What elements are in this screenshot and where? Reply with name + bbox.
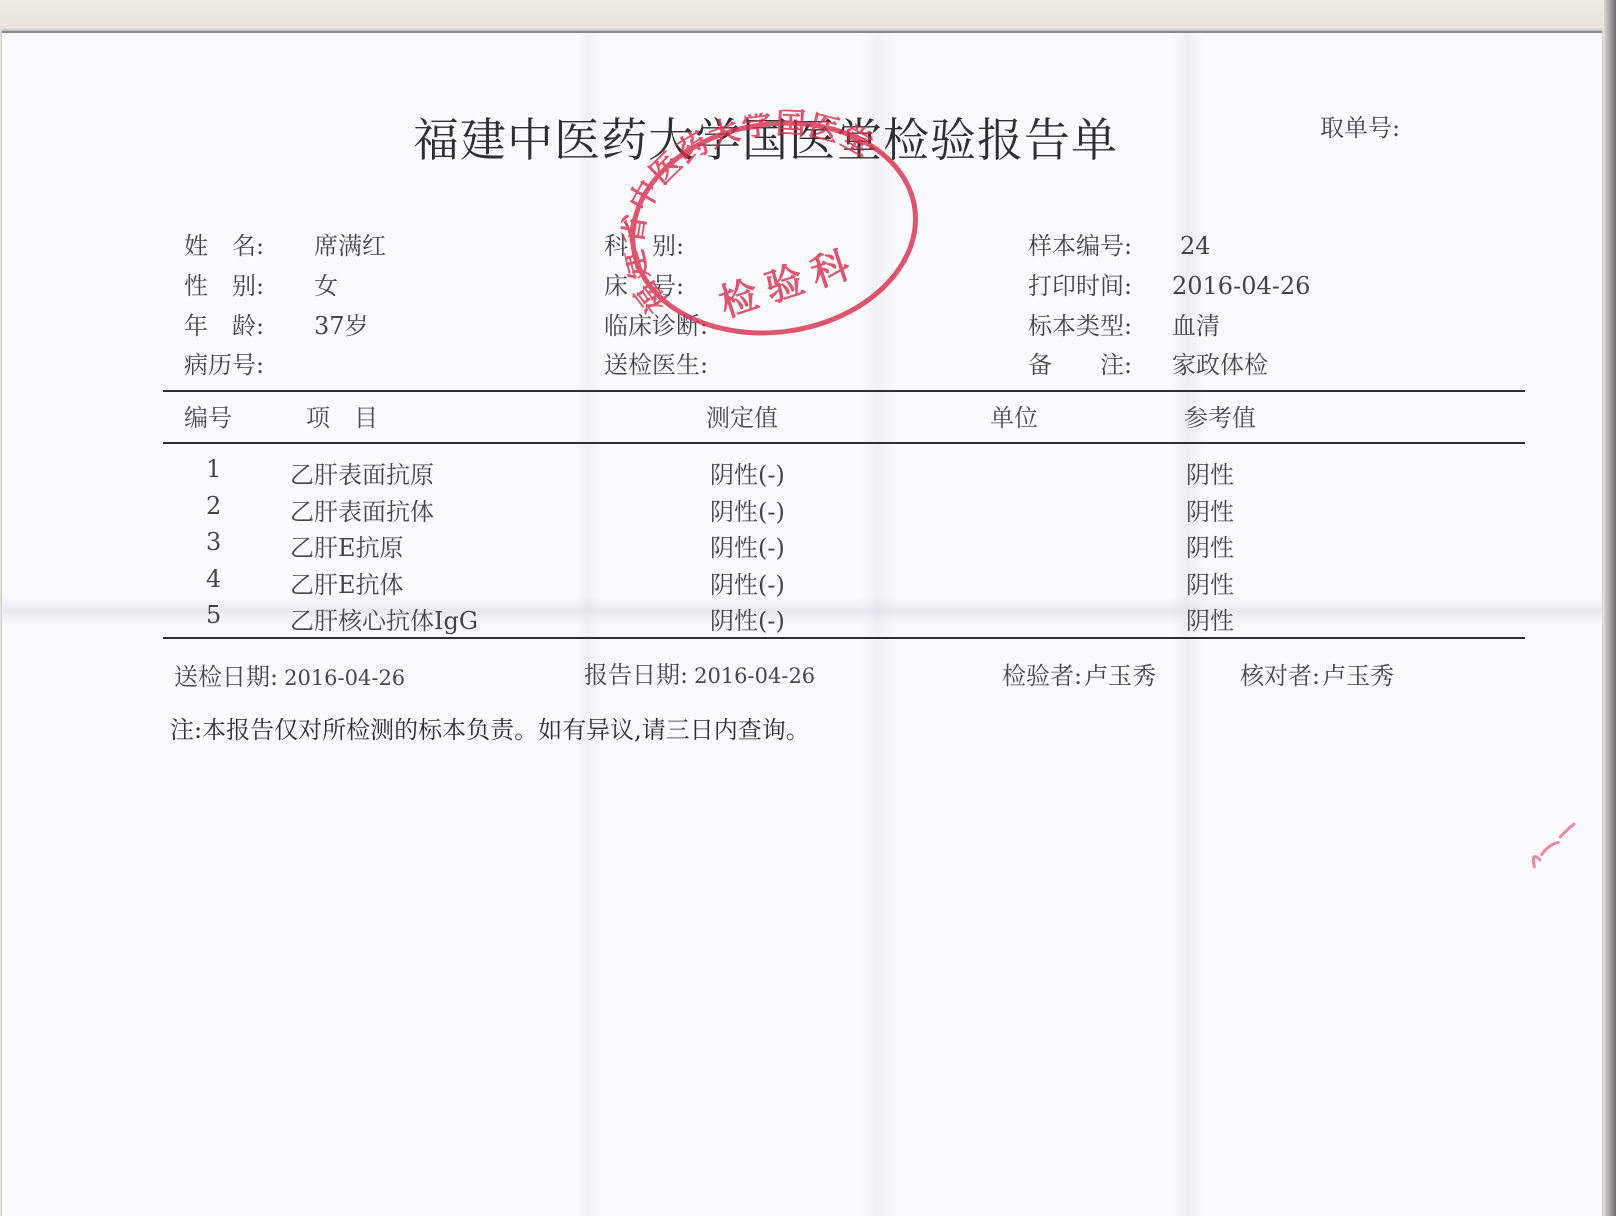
row-result: 阴性(-) <box>710 528 785 563</box>
row-reference: 阴性 <box>1186 601 1234 636</box>
patient-name-field: 姓 名:席满红 <box>184 226 386 261</box>
patient-sex-label: 性 别: <box>184 266 310 301</box>
patient-age-label: 年 龄: <box>184 306 310 341</box>
scan-background-strip <box>0 0 1616 33</box>
record-number-label: 病历号: <box>184 345 264 380</box>
remark-value: 家政体检 <box>1172 345 1268 380</box>
inspector-value: 卢玉秀 <box>1084 662 1156 690</box>
patient-sex-field: 性 别:女 <box>184 266 338 301</box>
ticket-number: 取单号: <box>1320 108 1400 143</box>
print-time-value: 2016-04-26 <box>1172 272 1310 300</box>
row-item: 乙肝E抗原 <box>290 528 404 563</box>
patient-age-value: 37岁 <box>314 306 369 341</box>
sample-type-field: 标本类型:血清 <box>1028 306 1220 341</box>
reviewer-label: 核对者: <box>1240 662 1320 690</box>
patient-name-value: 席满红 <box>314 226 386 261</box>
reviewer-value: 卢玉秀 <box>1322 662 1394 690</box>
sample-number-field: 样本编号:24 <box>1028 226 1211 261</box>
row-result: 阴性(-) <box>710 455 785 490</box>
inspector-label: 检验者: <box>1002 662 1082 690</box>
header-no: 编号 <box>184 398 232 433</box>
reviewer-field: 核对者:卢玉秀 <box>1240 656 1394 691</box>
header-item: 项 目 <box>306 398 378 433</box>
report-date-label: 报告日期: <box>584 661 688 689</box>
patient-age-field: 年 龄:37岁 <box>184 306 369 341</box>
row-number: 4 <box>206 565 221 593</box>
submit-date-field: 送检日期:2016-04-26 <box>174 657 405 692</box>
print-time-field: 打印时间:2016-04-26 <box>1028 266 1310 301</box>
sample-type-value: 血清 <box>1172 306 1220 341</box>
table-header-rule <box>163 442 1525 444</box>
row-reference: 阴性 <box>1186 455 1234 490</box>
report-date-value: 2016-04-26 <box>694 664 815 688</box>
row-item: 乙肝表面抗原 <box>290 455 434 490</box>
record-number-field: 病历号: <box>184 345 268 380</box>
department-seal-stamp: 福建省中医药大学国医堂 检验科 <box>607 92 941 362</box>
row-reference: 阴性 <box>1186 492 1234 527</box>
inspector-field: 检验者:卢玉秀 <box>1002 656 1156 691</box>
header-result: 测定值 <box>706 398 778 433</box>
row-number: 1 <box>206 455 221 483</box>
print-time-label: 打印时间: <box>1028 266 1168 301</box>
disclaimer-note: 注:本报告仅对所检测的标本负责。如有异议,请三日内查询。 <box>170 710 810 745</box>
row-item: 乙肝E抗体 <box>290 565 404 600</box>
row-item: 乙肝核心抗体IgG <box>290 601 478 636</box>
sample-type-label: 标本类型: <box>1028 306 1168 341</box>
patient-sex-value: 女 <box>314 266 338 301</box>
submit-date-label: 送检日期: <box>174 663 278 691</box>
row-reference: 阴性 <box>1186 565 1234 600</box>
row-result: 阴性(-) <box>710 601 785 636</box>
row-reference: 阴性 <box>1186 528 1234 563</box>
header-reference: 参考值 <box>1184 398 1256 433</box>
report-date-field: 报告日期:2016-04-26 <box>584 655 815 690</box>
row-result: 阴性(-) <box>710 492 785 527</box>
row-number: 2 <box>206 492 221 520</box>
sample-number-label: 样本编号: <box>1028 226 1176 261</box>
sample-number-value: 24 <box>1180 232 1211 260</box>
scan-edge <box>1604 0 1616 1216</box>
table-top-rule <box>163 390 1525 392</box>
patient-name-label: 姓 名: <box>184 226 310 261</box>
row-number: 5 <box>206 601 221 629</box>
row-result: 阴性(-) <box>710 565 785 600</box>
remark-field: 备 注:家政体检 <box>1028 345 1268 380</box>
row-number: 3 <box>206 528 221 556</box>
header-unit: 单位 <box>990 398 1038 433</box>
ticket-number-label: 取单号: <box>1320 114 1400 142</box>
row-item: 乙肝表面抗体 <box>290 492 434 527</box>
submit-date-value: 2016-04-26 <box>284 666 405 690</box>
table-bottom-rule <box>163 637 1525 639</box>
remark-label: 备 注: <box>1028 345 1168 380</box>
